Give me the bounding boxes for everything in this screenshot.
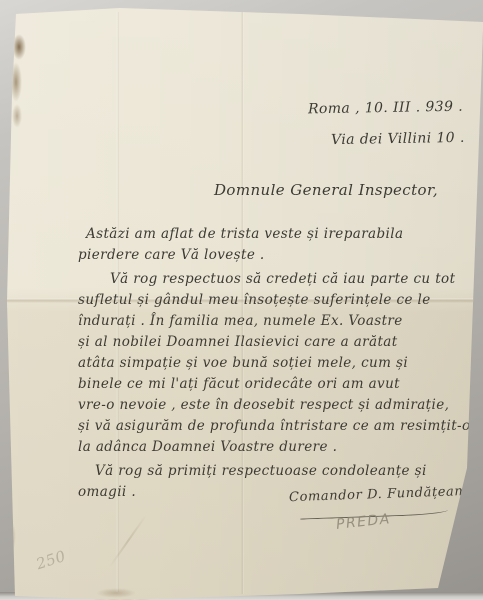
handwritten-line: vre-o nevoie , este în deosebit respect … xyxy=(78,395,474,416)
handwritten-line: Vă rog respectuos să credeți că iau part… xyxy=(78,269,474,290)
foxing-spot xyxy=(96,588,136,598)
address-line: Via dei Villini 10 . xyxy=(331,130,465,148)
foxing-spot xyxy=(12,34,26,60)
handwritten-line: pierdere care Vă lovește . xyxy=(78,245,474,266)
foxing-spot xyxy=(10,62,22,102)
letter-sheet: Roma , 10. III . 939 . Via dei Villini 1… xyxy=(0,0,483,600)
handwritten-line: atâta simpație și voe bună soției mele, … xyxy=(78,353,474,374)
handwritten-line: și al nobilei Doamnei Ilasievici care a … xyxy=(78,332,474,353)
pencil-corner-number: 250 xyxy=(34,547,68,573)
handwritten-line: Vă rog să primiți respectuoase condolean… xyxy=(78,461,474,482)
salutation: Domnule General Inspector, xyxy=(214,181,438,199)
handwritten-line: sufletul și gândul meu însoțește suferin… xyxy=(78,290,474,311)
foxing-spot xyxy=(12,104,22,128)
handwritten-line: binele ce mi l'ați făcut oridecâte ori a… xyxy=(78,374,474,395)
diagonal-crease-bottom-left xyxy=(109,514,147,568)
handwritten-line: îndurați . În familia mea, numele Ex. Vo… xyxy=(78,311,474,332)
letter-photograph: Roma , 10. III . 939 . Via dei Villini 1… xyxy=(0,0,483,600)
paragraph: Astăzi am aflat de trista veste și irepa… xyxy=(78,224,474,266)
letter-body: Astăzi am aflat de trista veste și irepa… xyxy=(78,224,474,506)
paragraph: Vă rog respectuos să credeți că iau part… xyxy=(78,269,474,458)
handwritten-line: și vă asigurăm de profunda întristare ce… xyxy=(78,416,474,437)
handwritten-line: la adânca Doamnei Voastre durere . xyxy=(78,437,474,458)
foxing-spot xyxy=(4,520,16,554)
handwritten-line: Astăzi am aflat de trista veste și irepa… xyxy=(78,224,474,245)
place-and-date: Roma , 10. III . 939 . xyxy=(308,99,463,118)
